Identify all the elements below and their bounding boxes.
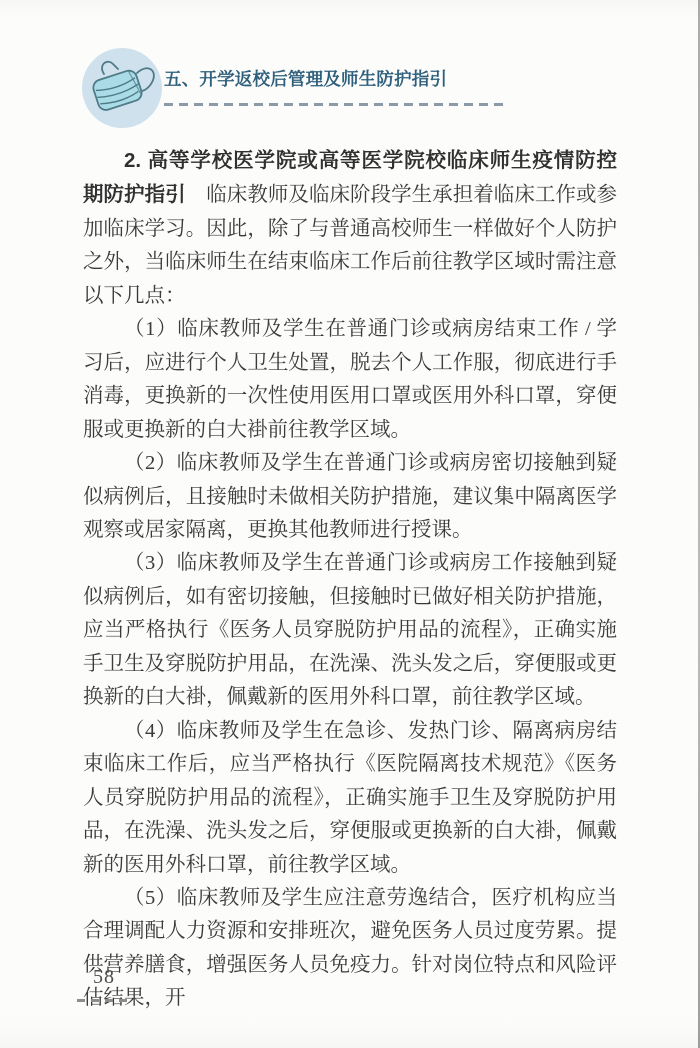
footer-dashed-rule xyxy=(77,999,129,1002)
list-item-2: （2）临床教师及学生在普通门诊或病房密切接触到疑似病例后，且接触时未做相关防护措… xyxy=(83,447,617,547)
section-heading-paragraph: 2. 高等学校医学院或高等医学院校临床师生疫情防控期防护指引 临床教师及临床阶段… xyxy=(83,144,617,313)
page-number: 58 xyxy=(93,966,115,989)
list-item-3: （3）临床教师及学生在普通门诊或病房工作接触到疑似病例后，如有密切接触，但接触时… xyxy=(83,547,617,714)
title-dashed-rule xyxy=(164,103,507,106)
list-item-4: （4）临床教师及学生在急诊、发热门诊、隔离病房结束临床工作后，应当严格执行《医院… xyxy=(83,715,617,882)
chapter-title: 五、开学返校后管理及师生防护指引 xyxy=(164,66,447,91)
list-item-5: （5）临床教师及学生应注意劳逸结合，医疗机构应当合理调配人力资源和安排班次，避免… xyxy=(83,882,617,1016)
face-mask-icon xyxy=(82,48,162,128)
list-item-1: （1）临床教师及学生在普通门诊或病房结束工作 / 学习后，应进行个人卫生处置，脱… xyxy=(83,313,617,447)
body-text: 2. 高等学校医学院或高等医学院校临床师生疫情防控期防护指引 临床教师及临床阶段… xyxy=(83,144,617,1016)
book-page: 五、开学返校后管理及师生防护指引 2. 高等学校医学院或高等医学院校临床师生疫情… xyxy=(0,0,700,1048)
